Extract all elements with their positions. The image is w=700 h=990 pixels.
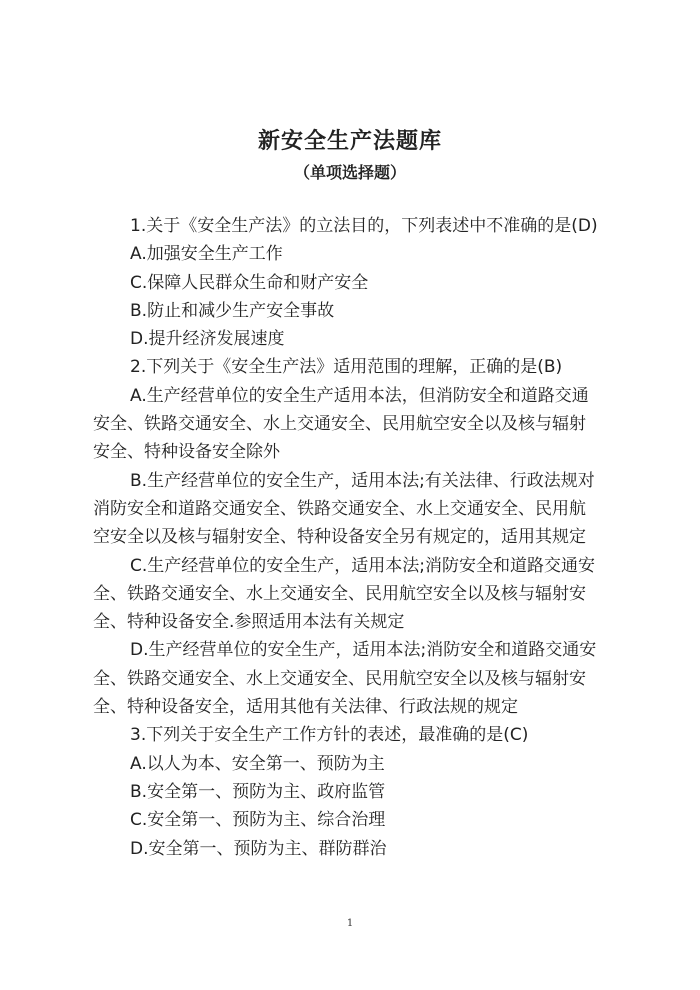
page-number: 1 — [0, 918, 700, 929]
question-1-option-c: C.保障人民群众生命和财产安全 — [93, 269, 623, 297]
question-2-option-c-cont: 全、特种设备安全.参照适用本法有关规定 — [93, 608, 623, 636]
document-body: 1.关于《安全生产法》的立法目的，下列表述中不准确的是(D) A.加强安全生产工… — [93, 212, 623, 863]
question-2-option-d: D.生产经营单位的安全生产，适用本法;消防安全和道路交通安 — [93, 636, 623, 664]
question-2-option-a: A.生产经营单位的安全生产适用本法，但消防安全和道路交通 — [93, 382, 623, 410]
question-2-option-c-cont: 全、铁路交通安全、水上交通安全、民用航空安全以及核与辐射安 — [93, 580, 623, 608]
question-2-option-b: B.生产经营单位的安全生产，适用本法;有关法律、行政法规对 — [93, 467, 623, 495]
question-2: 2.下列关于《安全生产法》适用范围的理解，正确的是(B) — [93, 353, 623, 381]
question-1-option-b: B.防止和减少生产安全事故 — [93, 297, 623, 325]
question-2-option-b-cont: 空安全以及核与辐射安全、特种设备安全另有规定的，适用其规定 — [93, 523, 623, 551]
question-3-option-b: B.安全第一、预防为主、政府监管 — [93, 778, 623, 806]
question-3-option-d: D.安全第一、预防为主、群防群治 — [93, 835, 623, 863]
question-1: 1.关于《安全生产法》的立法目的，下列表述中不准确的是(D) — [93, 212, 623, 240]
question-1-option-a: A.加强安全生产工作 — [93, 240, 623, 268]
question-3-option-a: A.以人为本、安全第一、预防为主 — [93, 750, 623, 778]
question-2-option-c: C.生产经营单位的安全生产，适用本法;消防安全和道路交通安 — [93, 552, 623, 580]
question-2-option-d-cont: 全、铁路交通安全、水上交通安全、民用航空安全以及核与辐射安 — [93, 665, 623, 693]
question-2-option-a-cont: 安全、特种设备安全除外 — [93, 438, 623, 466]
question-1-option-d: D.提升经济发展速度 — [93, 325, 623, 353]
question-2-option-b-cont: 消防安全和道路交通安全、铁路交通安全、水上交通安全、民用航 — [93, 495, 623, 523]
question-3-option-c: C.安全第一、预防为主、综合治理 — [93, 806, 623, 834]
document-title: 新安全生产法题库 — [0, 124, 700, 155]
question-3: 3.下列关于安全生产工作方针的表述，最准确的是(C) — [93, 721, 623, 749]
document-subtitle: （单项选择题） — [0, 160, 700, 183]
question-2-option-d-cont: 全、特种设备安全，适用其他有关法律、行政法规的规定 — [93, 693, 623, 721]
document-page: 新安全生产法题库 （单项选择题） 1.关于《安全生产法》的立法目的，下列表述中不… — [0, 0, 700, 990]
question-2-option-a-cont: 安全、铁路交通安全、水上交通安全、民用航空安全以及核与辐射 — [93, 410, 623, 438]
